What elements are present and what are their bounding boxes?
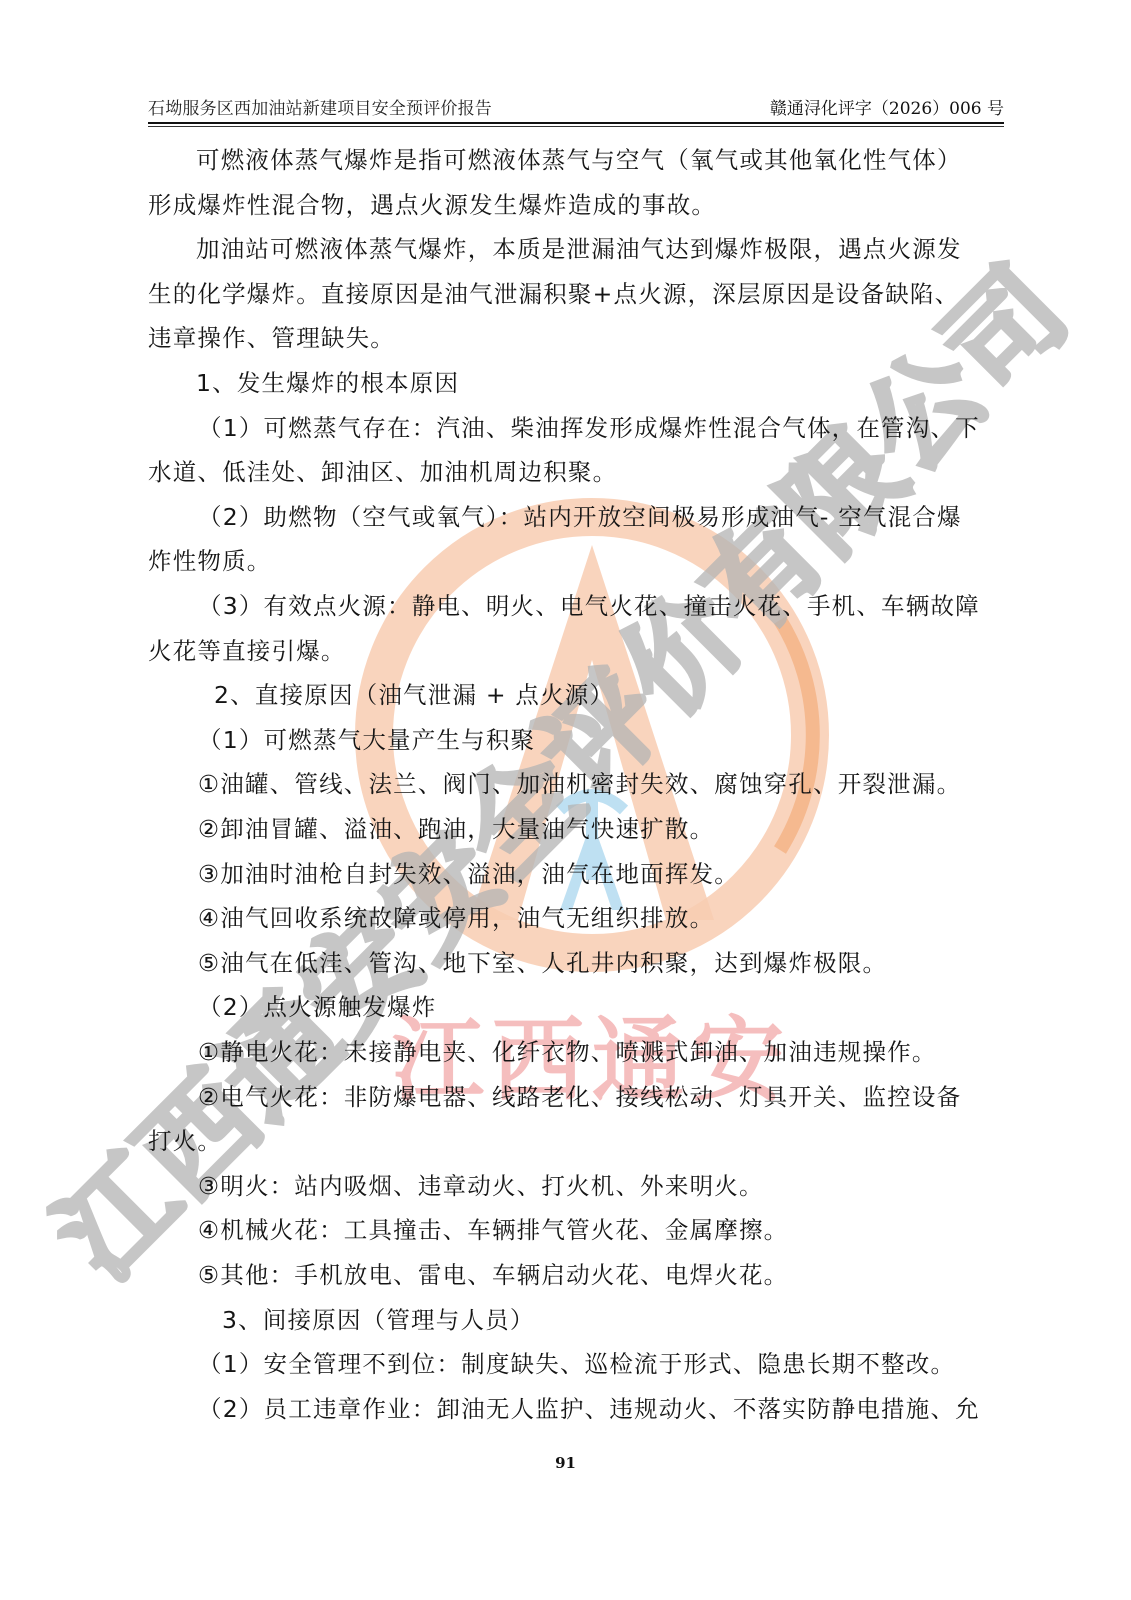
page-number: 91	[0, 1454, 1131, 1472]
list-item: ④机械火花：工具撞击、车辆排气管火花、金属摩擦。	[198, 1208, 788, 1252]
header-rule-thin	[148, 126, 1004, 127]
list-item: ⑤油气在低洼、管沟、地下室、人孔井内积聚，达到爆炸极限。	[198, 941, 887, 985]
header-rule-thick	[148, 122, 1004, 124]
paragraph-line: 可燃液体蒸气爆炸是指可燃液体蒸气与空气（氧气或其他氧化性气体）	[196, 138, 962, 182]
list-item-continuation: 打火。	[148, 1119, 222, 1163]
document-number: 赣通浔化评字（2026）006 号	[770, 98, 1004, 120]
list-item: （3）有效点火源：静电、明火、电气火花、撞击火花、手机、车辆故障	[198, 584, 980, 628]
list-item-continuation: 炸性物质。	[148, 539, 272, 583]
list-item: ④油气回收系统故障或停用，油气无组织排放。	[198, 896, 714, 940]
paragraph-line: 加油站可燃液体蒸气爆炸，本质是泄漏油气达到爆炸极限，遇点火源发	[196, 227, 962, 271]
section-heading: 1、发生爆炸的根本原因	[196, 361, 459, 405]
list-item: （1）安全管理不到位：制度缺失、巡检流于形式、隐患长期不整改。	[198, 1342, 955, 1386]
list-item: ①油罐、管线、法兰、阀门、加油机密封失效、腐蚀穿孔、开裂泄漏。	[198, 762, 961, 806]
page-header: 石坳服务区西加油站新建项目安全预评价报告 赣通浔化评字（2026）006 号	[148, 98, 1004, 122]
paragraph-line: 违章操作、管理缺失。	[148, 316, 395, 360]
section-heading: 2、直接原因（油气泄漏 + 点火源）	[214, 673, 614, 717]
list-item: ①静电火花：未接静电夹、化纤衣物、喷溅式卸油、加油违规操作。	[198, 1030, 937, 1074]
list-item: ⑤其他：手机放电、雷电、车辆启动火花、电焊火花。	[198, 1253, 788, 1297]
list-item: （2）员工违章作业：卸油无人监护、违规动火、不落实防静电措施、允	[198, 1387, 980, 1431]
paragraph-line: 形成爆炸性混合物，遇点火源发生爆炸造成的事故。	[148, 183, 716, 227]
list-item: ②电气火花：非防爆电器、线路老化、接线松动、灯具开关、监控设备	[198, 1075, 961, 1119]
sub-heading: （1）可燃蒸气大量产生与积聚	[198, 718, 535, 762]
list-item: （1）可燃蒸气存在：汽油、柴油挥发形成爆炸性混合气体，在管沟、下	[198, 406, 980, 450]
sub-heading: （2）点火源触发爆炸	[198, 985, 436, 1029]
list-item: （2）助燃物（空气或氧气）：站内开放空间极易形成油气- 空气混合爆	[198, 495, 962, 539]
report-title: 石坳服务区西加油站新建项目安全预评价报告	[148, 98, 492, 120]
section-heading: 3、间接原因（管理与人员）	[222, 1298, 535, 1342]
document-page: 江西通安 江西通安安全评价有限公司 石坳服务区西加油站新建项目安全预评价报告 赣…	[0, 0, 1131, 1600]
list-item-continuation: 火花等直接引爆。	[148, 629, 346, 673]
paragraph-line: 生的化学爆炸。直接原因是油气泄漏积聚+点火源，深层原因是设备缺陷、	[148, 272, 959, 316]
list-item: ③加油时油枪自封失效、溢油，油气在地面挥发。	[198, 852, 739, 896]
list-item: ②卸油冒罐、溢油、跑油，大量油气快速扩散。	[198, 807, 714, 851]
list-item: ③明火：站内吸烟、违章动火、打火机、外来明火。	[198, 1164, 764, 1208]
list-item-continuation: 水道、低洼处、卸油区、加油机周边积聚。	[148, 450, 617, 494]
